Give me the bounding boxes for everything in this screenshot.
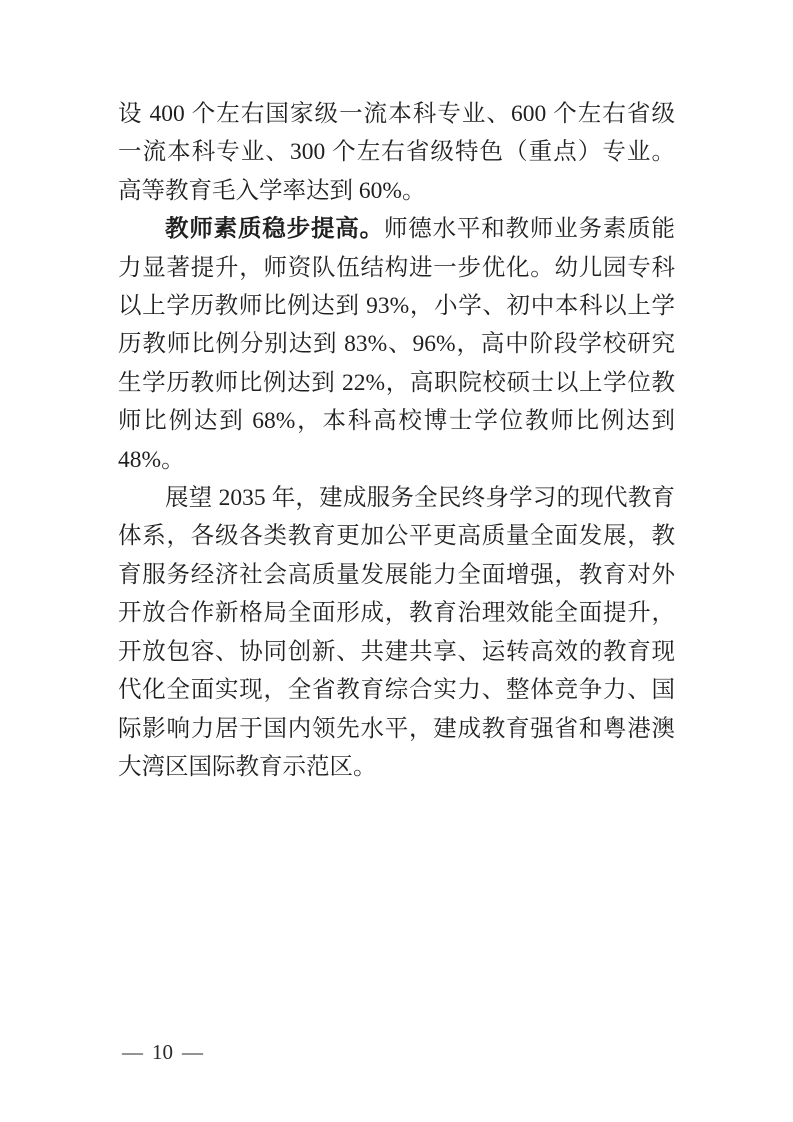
page-number: 10 [152,1040,173,1065]
paragraph-text: 展望 2035 年，建成服务全民终身学习的现代教育体系，各级各类教育更加公平更高… [118,485,675,780]
paragraph-text: 设 400 个左右国家级一流本科专业、600 个左右省级一流本科专业、300 个… [118,101,675,204]
paragraph-teacher-quality: 教师素质稳步提高。师德水平和教师业务素质能力显著提升，师资队伍结构进一步优化。幼… [118,210,675,479]
paragraph-text: 师德水平和教师业务素质能力显著提升，师资队伍结构进一步优化。幼儿园专科以上学历教… [118,216,675,472]
page-number-dash-right: — [182,1040,203,1065]
page-number-dash-left: — [122,1040,143,1065]
paragraph-continuation: 设 400 个左右国家级一流本科专业、600 个左右省级一流本科专业、300 个… [118,95,675,210]
document-body: 设 400 个左右国家级一流本科专业、600 个左右省级一流本科专业、300 个… [118,95,675,786]
page-footer: — 10 — [122,1040,203,1065]
document-page: 设 400 个左右国家级一流本科专业、600 个左右省级一流本科专业、300 个… [0,0,793,1122]
paragraph-outlook-2035: 展望 2035 年，建成服务全民终身学习的现代教育体系，各级各类教育更加公平更高… [118,479,675,786]
paragraph-lead-emphasis: 教师素质稳步提高。 [165,216,384,242]
